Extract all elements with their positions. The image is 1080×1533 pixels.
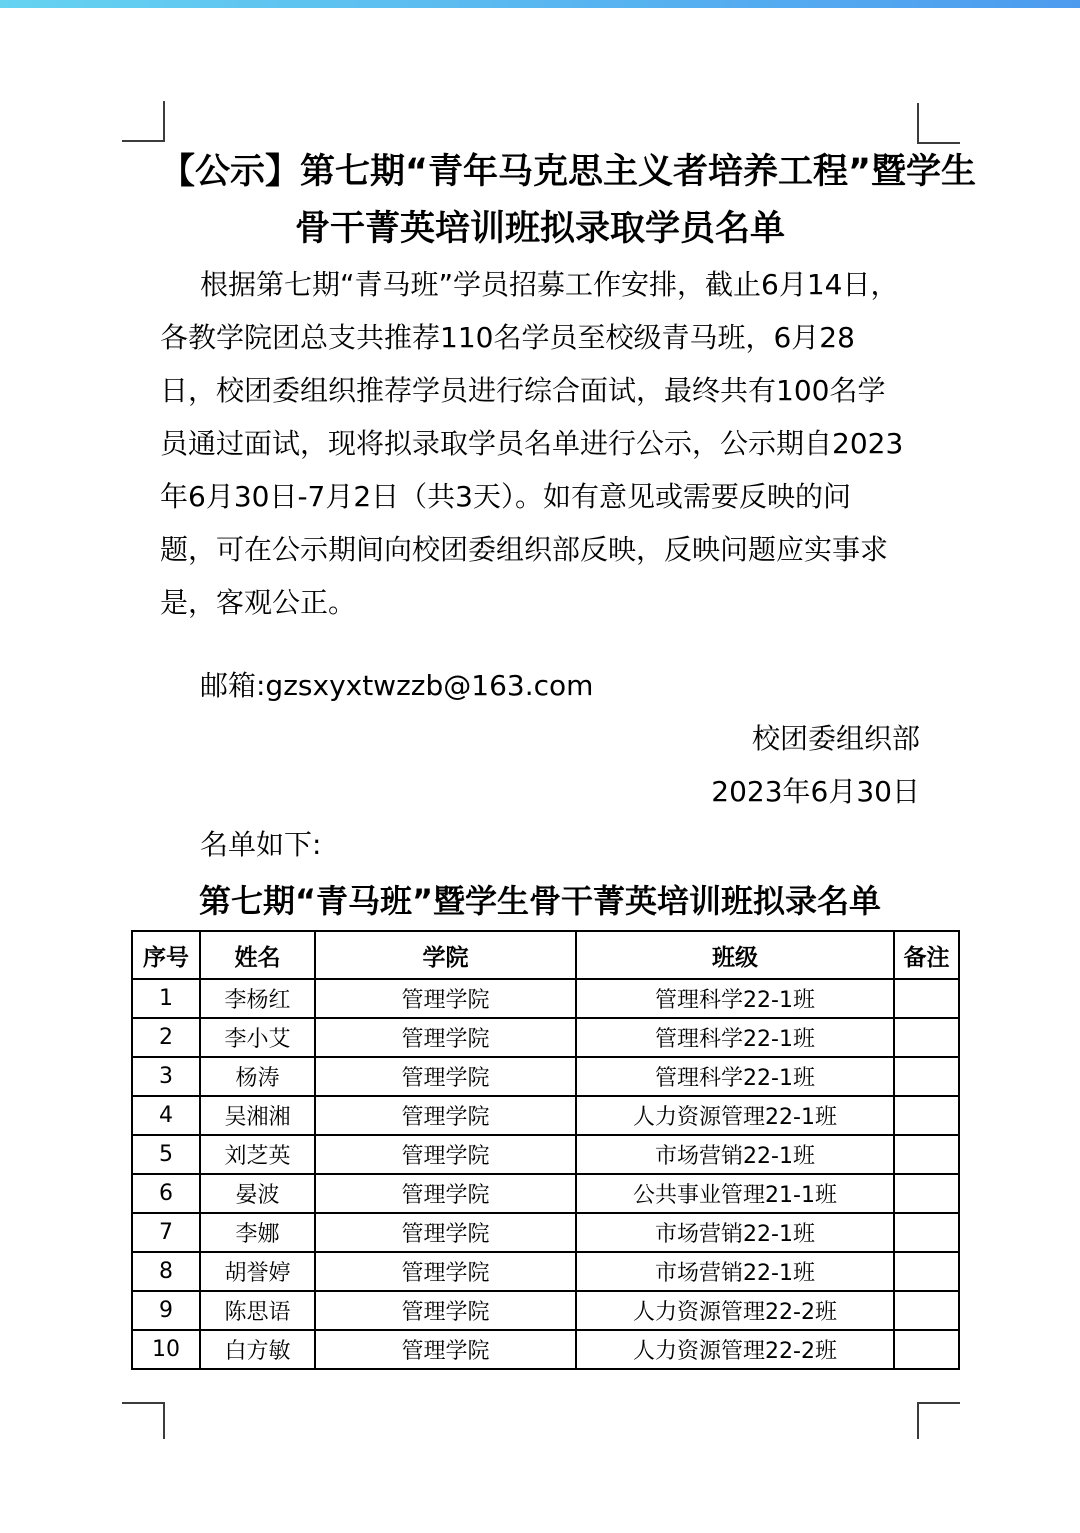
table-cell: 2 xyxy=(132,1018,200,1057)
table-cell: 1 xyxy=(132,979,200,1018)
table-cell: 5 xyxy=(132,1135,200,1174)
paragraph-line: 员通过面试，现将拟录取学员名单进行公示，公示期自2023 xyxy=(160,417,920,470)
table-cell: 杨涛 xyxy=(200,1057,315,1096)
table-cell: 4 xyxy=(132,1096,200,1135)
table-header-row: 序号姓名学院班级备注 xyxy=(132,931,959,979)
paragraph-line: 是，客观公正。 xyxy=(160,576,920,629)
table-cell: 管理科学22-1班 xyxy=(576,1018,894,1057)
table-cell: 7 xyxy=(132,1213,200,1252)
email-line: 邮箱:gzsxyxtwzzb@163.com xyxy=(160,659,920,712)
table-header-cell: 姓名 xyxy=(200,931,315,979)
table-cell: 刘芝英 xyxy=(200,1135,315,1174)
table-cell xyxy=(894,1252,959,1291)
paragraph-line: 题，可在公示期间向校团委组织部反映，反映问题应实事求 xyxy=(160,523,920,576)
table-cell xyxy=(894,1057,959,1096)
date-line: 2023年6月30日 xyxy=(160,765,920,818)
table-cell: 市场营销22-1班 xyxy=(576,1252,894,1291)
paragraph-line: 日，校团委组织推荐学员进行综合面试，最终共有100名学 xyxy=(160,364,920,417)
table-cell: 管理学院 xyxy=(315,1057,576,1096)
table-cell: 吴湘湘 xyxy=(200,1096,315,1135)
table-cell: 市场营销22-1班 xyxy=(576,1213,894,1252)
table-cell: 李小艾 xyxy=(200,1018,315,1057)
table-cell: 10 xyxy=(132,1330,200,1369)
table-cell xyxy=(894,1096,959,1135)
table-cell: 公共事业管理21-1班 xyxy=(576,1174,894,1213)
top-gradient-bar xyxy=(0,0,1080,8)
table-header-cell: 序号 xyxy=(132,931,200,979)
table-cell: 陈思语 xyxy=(200,1291,315,1330)
table-cell: 胡誉婷 xyxy=(200,1252,315,1291)
table-cell: 管理学院 xyxy=(315,1330,576,1369)
table-cell: 李杨红 xyxy=(200,979,315,1018)
table-cell: 晏波 xyxy=(200,1174,315,1213)
table-cell: 3 xyxy=(132,1057,200,1096)
table-cell: 管理科学22-1班 xyxy=(576,979,894,1018)
table-row: 8胡誉婷管理学院市场营销22-1班 xyxy=(132,1252,959,1291)
table-cell xyxy=(894,1174,959,1213)
table-cell: 管理科学22-1班 xyxy=(576,1057,894,1096)
table-cell: 管理学院 xyxy=(315,1291,576,1330)
paragraph-line: 根据第七期“青马班”学员招募工作安排，截止6月14日， xyxy=(160,258,920,311)
table-cell xyxy=(894,1018,959,1057)
table-row: 7李娜管理学院市场营销22-1班 xyxy=(132,1213,959,1252)
admission-table-title: 第七期“青马班”暨学生骨干菁英培训班拟录名单 xyxy=(160,875,920,927)
table-row: 6晏波管理学院公共事业管理21-1班 xyxy=(132,1174,959,1213)
table-cell: 人力资源管理22-2班 xyxy=(576,1291,894,1330)
crop-mark-bottom-right xyxy=(917,1402,960,1439)
paragraph-line: 各教学院团总支共推荐110名学员至校级青马班，6月28 xyxy=(160,311,920,364)
table-cell: 管理学院 xyxy=(315,1135,576,1174)
table-cell: 管理学院 xyxy=(315,979,576,1018)
table-cell xyxy=(894,1291,959,1330)
document-content: 【公示】第七期“青年马克思主义者培养工程”暨学生 骨干菁英培训班拟录取学员名单 … xyxy=(160,144,920,927)
crop-mark-top-left xyxy=(122,101,165,142)
table-cell: 市场营销22-1班 xyxy=(576,1135,894,1174)
table-cell: 李娜 xyxy=(200,1213,315,1252)
table-header-cell: 学院 xyxy=(315,931,576,979)
table-cell: 管理学院 xyxy=(315,1252,576,1291)
table-cell: 管理学院 xyxy=(315,1174,576,1213)
table-cell: 白方敏 xyxy=(200,1330,315,1369)
table-cell xyxy=(894,979,959,1018)
table-cell: 人力资源管理22-1班 xyxy=(576,1096,894,1135)
announcement-paragraph: 根据第七期“青马班”学员招募工作安排，截止6月14日， 各教学院团总支共推荐11… xyxy=(160,258,920,629)
table-cell xyxy=(894,1330,959,1369)
table-cell: 人力资源管理22-2班 xyxy=(576,1330,894,1369)
document-title-line-2: 骨干菁英培训班拟录取学员名单 xyxy=(160,201,920,258)
paragraph-line: 年6月30日-7月2日（共3天）。如有意见或需要反映的问 xyxy=(160,470,920,523)
table-header-cell: 备注 xyxy=(894,931,959,979)
table-row: 9陈思语管理学院人力资源管理22-2班 xyxy=(132,1291,959,1330)
table-row: 5刘芝英管理学院市场营销22-1班 xyxy=(132,1135,959,1174)
table-row: 3杨涛管理学院管理科学22-1班 xyxy=(132,1057,959,1096)
table-cell: 管理学院 xyxy=(315,1213,576,1252)
document-title-line-1: 【公示】第七期“青年马克思主义者培养工程”暨学生 xyxy=(160,144,920,201)
signature-line: 校团委组织部 xyxy=(160,712,920,765)
admission-table: 序号姓名学院班级备注1李杨红管理学院管理科学22-1班2李小艾管理学院管理科学2… xyxy=(131,930,960,1370)
table-row: 4吴湘湘管理学院人力资源管理22-1班 xyxy=(132,1096,959,1135)
table-cell xyxy=(894,1213,959,1252)
crop-mark-bottom-left xyxy=(122,1402,165,1439)
table-cell: 8 xyxy=(132,1252,200,1291)
table-cell xyxy=(894,1135,959,1174)
table-header-cell: 班级 xyxy=(576,931,894,979)
table-row: 10白方敏管理学院人力资源管理22-2班 xyxy=(132,1330,959,1369)
list-intro: 名单如下: xyxy=(160,818,920,871)
table-cell: 6 xyxy=(132,1174,200,1213)
crop-mark-top-right xyxy=(917,103,960,144)
document-page: 【公示】第七期“青年马克思主义者培养工程”暨学生 骨干菁英培训班拟录取学员名单 … xyxy=(0,0,1080,1533)
table-cell: 管理学院 xyxy=(315,1018,576,1057)
table-cell: 管理学院 xyxy=(315,1096,576,1135)
table-cell: 9 xyxy=(132,1291,200,1330)
table-row: 1李杨红管理学院管理科学22-1班 xyxy=(132,979,959,1018)
table-row: 2李小艾管理学院管理科学22-1班 xyxy=(132,1018,959,1057)
